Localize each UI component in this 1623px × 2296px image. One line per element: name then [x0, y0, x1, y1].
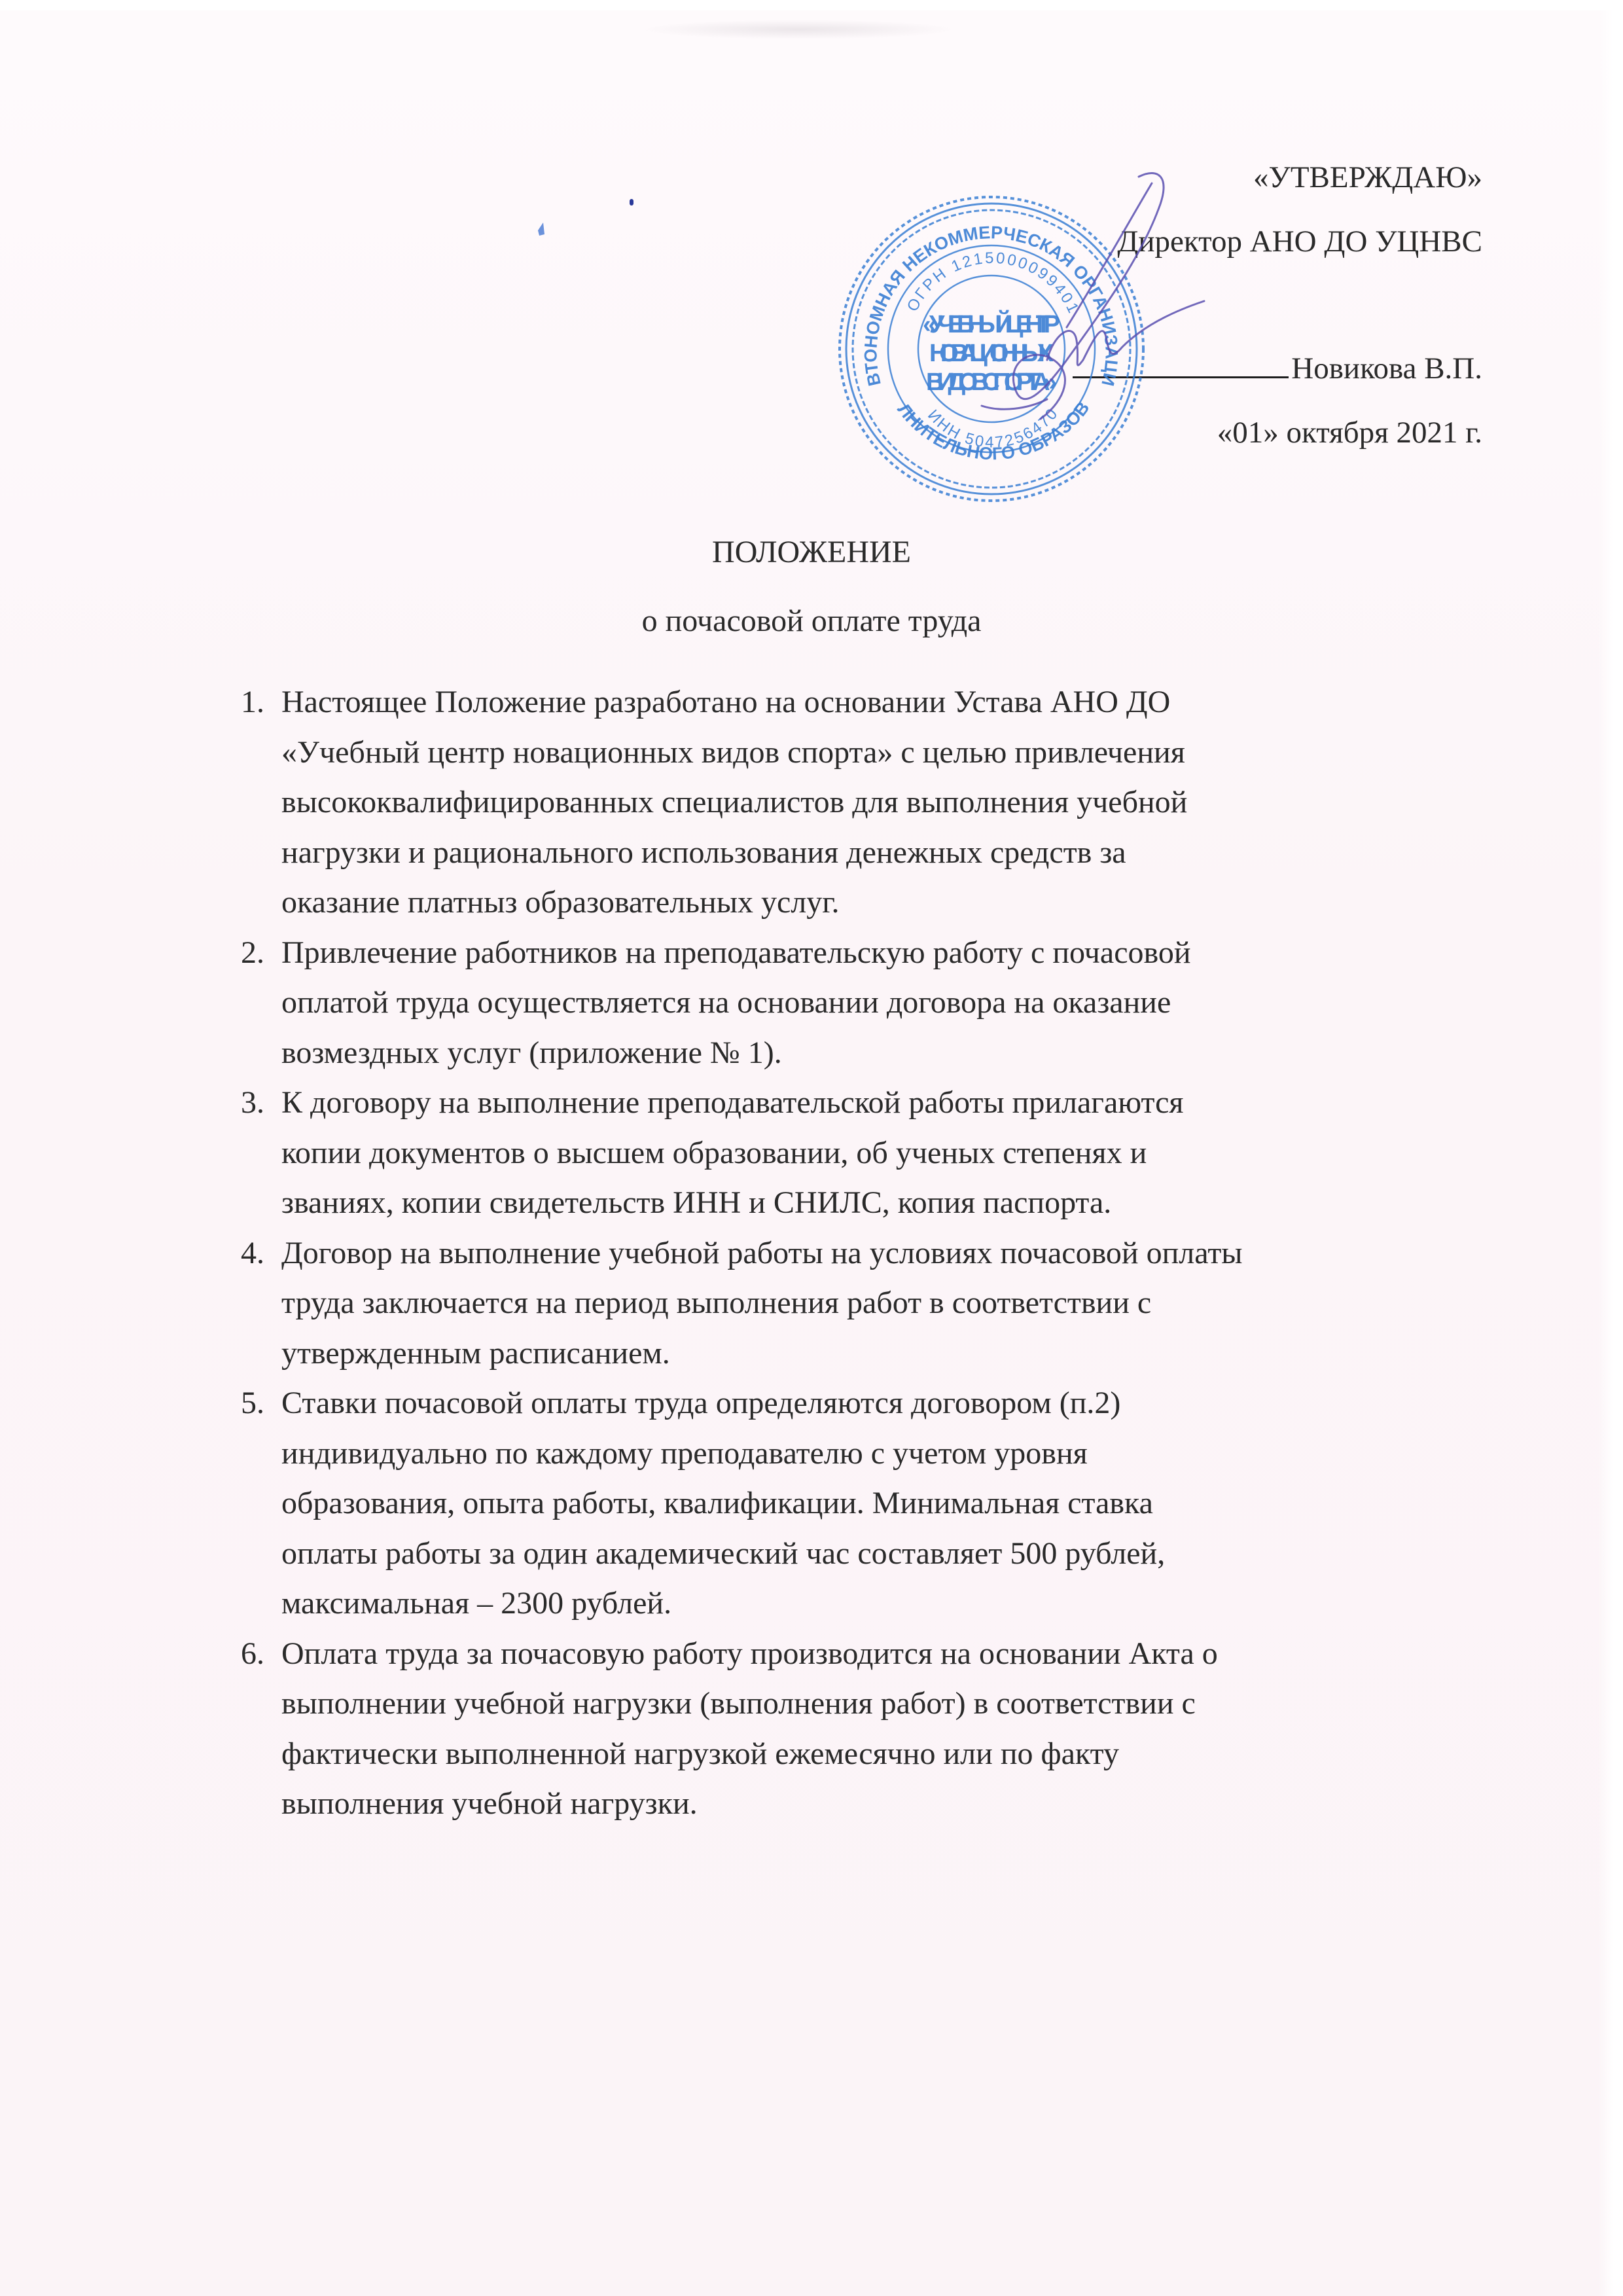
item-line: выполнении учебной нагрузки (выполнения …: [281, 1679, 1471, 1729]
item-number: 5.: [241, 1378, 264, 1429]
item-line: «Учебный центр новационных видов спорта»…: [281, 728, 1471, 778]
item-line: оплатой труда осуществляется на основани…: [281, 978, 1471, 1028]
ink-dot: [630, 199, 633, 206]
item-line: высококвалифицированных специалистов для…: [281, 778, 1471, 828]
provision-item: 3. К договору на выполнение преподавател…: [241, 1078, 1471, 1229]
item-number: 1.: [241, 677, 264, 728]
item-number: 4.: [241, 1229, 264, 1279]
item-line: Договор на выполнение учебной работы на …: [281, 1229, 1471, 1279]
document-page: «УТВЕРЖДАЮ» Директор АНО ДО УЦНВС Новико…: [0, 0, 1623, 2296]
item-line: максимальная – 2300 рублей.: [281, 1579, 1471, 1629]
document-title: ПОЛОЖЕНИЕ: [0, 537, 1623, 568]
provision-item: 5. Ставки почасовой оплаты труда определ…: [241, 1378, 1471, 1629]
item-line: Настоящее Положение разработано на основ…: [281, 677, 1471, 728]
provision-item: 6. Оплата труда за почасовую работу прои…: [241, 1629, 1471, 1829]
item-number: 6.: [241, 1629, 264, 1679]
provision-item: 2. Привлечение работников на преподавате…: [241, 928, 1471, 1079]
item-line: званиях, копии свидетельств ИНН и СНИЛС,…: [281, 1178, 1471, 1229]
item-line: оказание платныз образовательных услуг.: [281, 878, 1471, 928]
item-number: 3.: [241, 1078, 264, 1128]
scan-edge: [1598, 0, 1623, 2296]
item-line: Ставки почасовой оплаты труда определяют…: [281, 1378, 1471, 1429]
item-line: утвержденным расписанием.: [281, 1329, 1471, 1379]
provisions-list: 1. Настоящее Положение разработано на ос…: [241, 677, 1471, 1829]
item-line: копии документов о высшем образовании, о…: [281, 1128, 1471, 1179]
item-line: возмездных услуг (приложение № 1).: [281, 1028, 1471, 1079]
provision-item: 4. Договор на выполнение учебной работы …: [241, 1229, 1471, 1379]
provision-item: 1. Настоящее Положение разработано на ос…: [241, 677, 1471, 928]
item-line: К договору на выполнение преподавательск…: [281, 1078, 1471, 1128]
document-subtitle: о почасовой оплате труда: [0, 605, 1623, 637]
item-line: фактически выполненной нагрузкой ежемеся…: [281, 1729, 1471, 1780]
item-number: 2.: [241, 928, 264, 978]
scan-smudge: [641, 20, 955, 39]
item-line: оплаты работы за один академический час …: [281, 1529, 1471, 1579]
item-line: образования, опыта работы, квалификации.…: [281, 1479, 1471, 1529]
item-line: индивидуально по каждому преподавателю с…: [281, 1429, 1471, 1479]
item-line: выполнения учебной нагрузки.: [281, 1779, 1471, 1829]
ink-blot-icon: [537, 223, 546, 237]
signatory-name: Новикова В.П.: [1291, 351, 1482, 386]
signature-icon: [942, 164, 1309, 439]
item-line: труда заключается на период выполнения р…: [281, 1278, 1471, 1329]
item-line: нагрузки и рационального использования д…: [281, 828, 1471, 878]
item-line: Оплата труда за почасовую работу произво…: [281, 1629, 1471, 1679]
item-line: Привлечение работников на преподавательс…: [281, 928, 1471, 978]
scan-border: [0, 0, 1623, 10]
